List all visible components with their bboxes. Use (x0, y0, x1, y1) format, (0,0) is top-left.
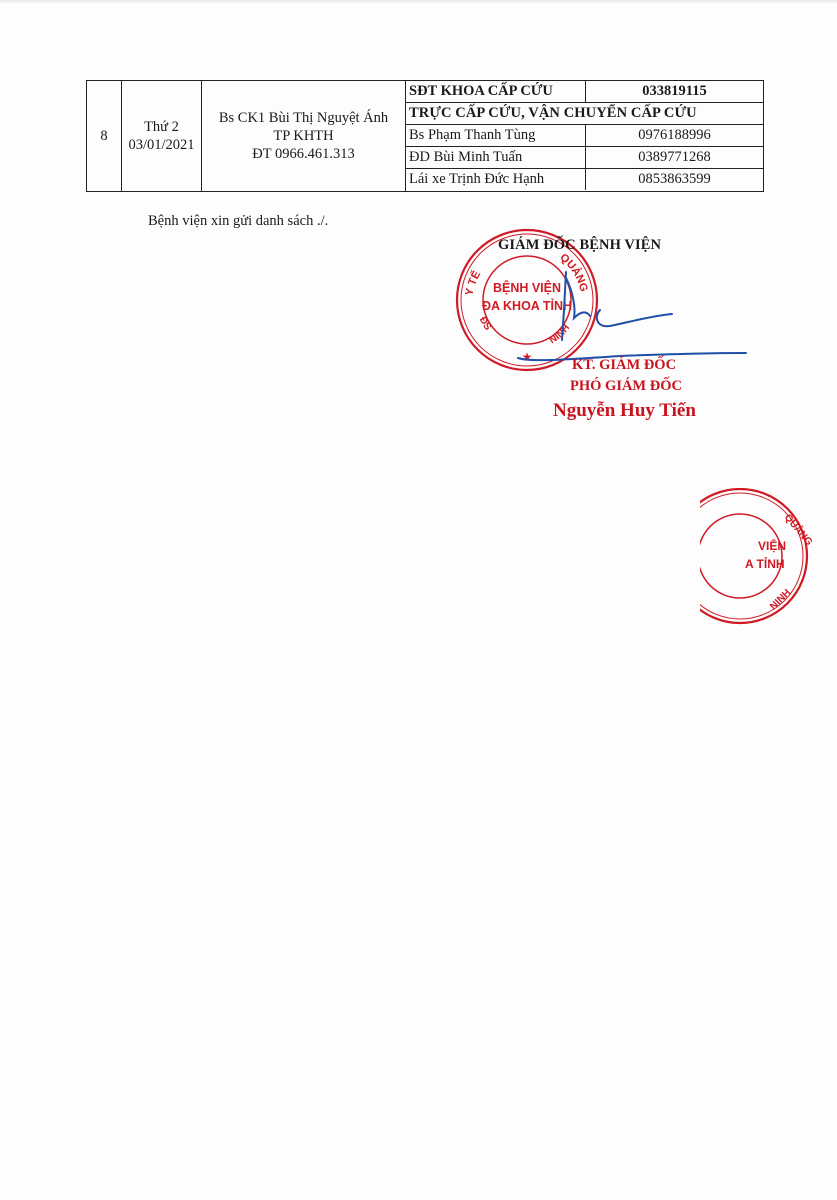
on-call-name: Bs Phạm Thanh Tùng (406, 125, 586, 146)
emergency-dept-label: SĐT KHOA CẤP CỨU (406, 81, 586, 102)
signer-role: PHÓ GIÁM ĐỐC (570, 378, 682, 395)
on-call-name: Lái xe Trịnh Đức Hạnh (406, 169, 586, 190)
on-call-heading: TRỰC CẤP CỨU, VẬN CHUYỂN CẤP CỨU (406, 105, 697, 122)
document-page: 8 Thứ 2 03/01/2021 Bs CK1 Bùi Thị Nguyệt… (0, 0, 837, 1200)
on-call-heading-row: TRỰC CẤP CỨU, VẬN CHUYỂN CẤP CỨU (406, 103, 763, 125)
on-call-name: ĐD Bùi Minh Tuấn (406, 147, 586, 168)
on-call-phone: 0976188996 (586, 127, 763, 144)
leader-phone: ĐT 0966.461.313 (252, 145, 354, 163)
emergency-dept-phone: 033819115 (586, 83, 763, 100)
leader-cell: Bs CK1 Bùi Thị Nguyệt Ánh TP KHTH ĐT 096… (202, 81, 406, 191)
on-call-phone: 0389771268 (586, 149, 763, 166)
leader-name: Bs CK1 Bùi Thị Nguyệt Ánh (219, 109, 388, 127)
on-call-row: ĐD Bùi Minh Tuấn 0389771268 (406, 147, 763, 169)
svg-text:QUẢNG: QUẢNG (782, 511, 816, 548)
duty-schedule-table: 8 Thứ 2 03/01/2021 Bs CK1 Bùi Thị Nguyệt… (86, 80, 764, 192)
leader-title: TP KHTH (273, 127, 333, 145)
svg-text:ĐS: ĐS (477, 315, 494, 333)
closing-text: Bệnh viện xin gửi danh sách ./. (148, 213, 328, 230)
on-behalf-label: KT. GIÁM ĐỐC (572, 357, 676, 374)
on-call-row: Lái xe Trịnh Đức Hạnh 0853863599 (406, 169, 763, 190)
day-name: Thứ 2 (144, 118, 179, 136)
signer-name: Nguyễn Huy Tiến (553, 400, 696, 422)
on-call-phone: 0853863599 (586, 171, 763, 188)
row-number-cell: 8 (87, 81, 122, 191)
on-call-row: Bs Phạm Thanh Tùng 0976188996 (406, 125, 763, 147)
svg-text:A TỈNH: A TỈNH (745, 556, 785, 571)
row-number: 8 (100, 127, 107, 145)
svg-text:VIỆN: VIỆN (758, 538, 786, 553)
duty-date: 03/01/2021 (128, 136, 194, 154)
partial-stamp: VIỆN A TỈNH QUẢNG NINH (700, 488, 837, 628)
date-cell: Thứ 2 03/01/2021 (122, 81, 202, 191)
scan-edge (0, 0, 837, 4)
contacts-subtable: SĐT KHOA CẤP CỨU 033819115 TRỰC CẤP CỨU,… (406, 81, 763, 191)
emergency-dept-row: SĐT KHOA CẤP CỨU 033819115 (406, 81, 763, 103)
